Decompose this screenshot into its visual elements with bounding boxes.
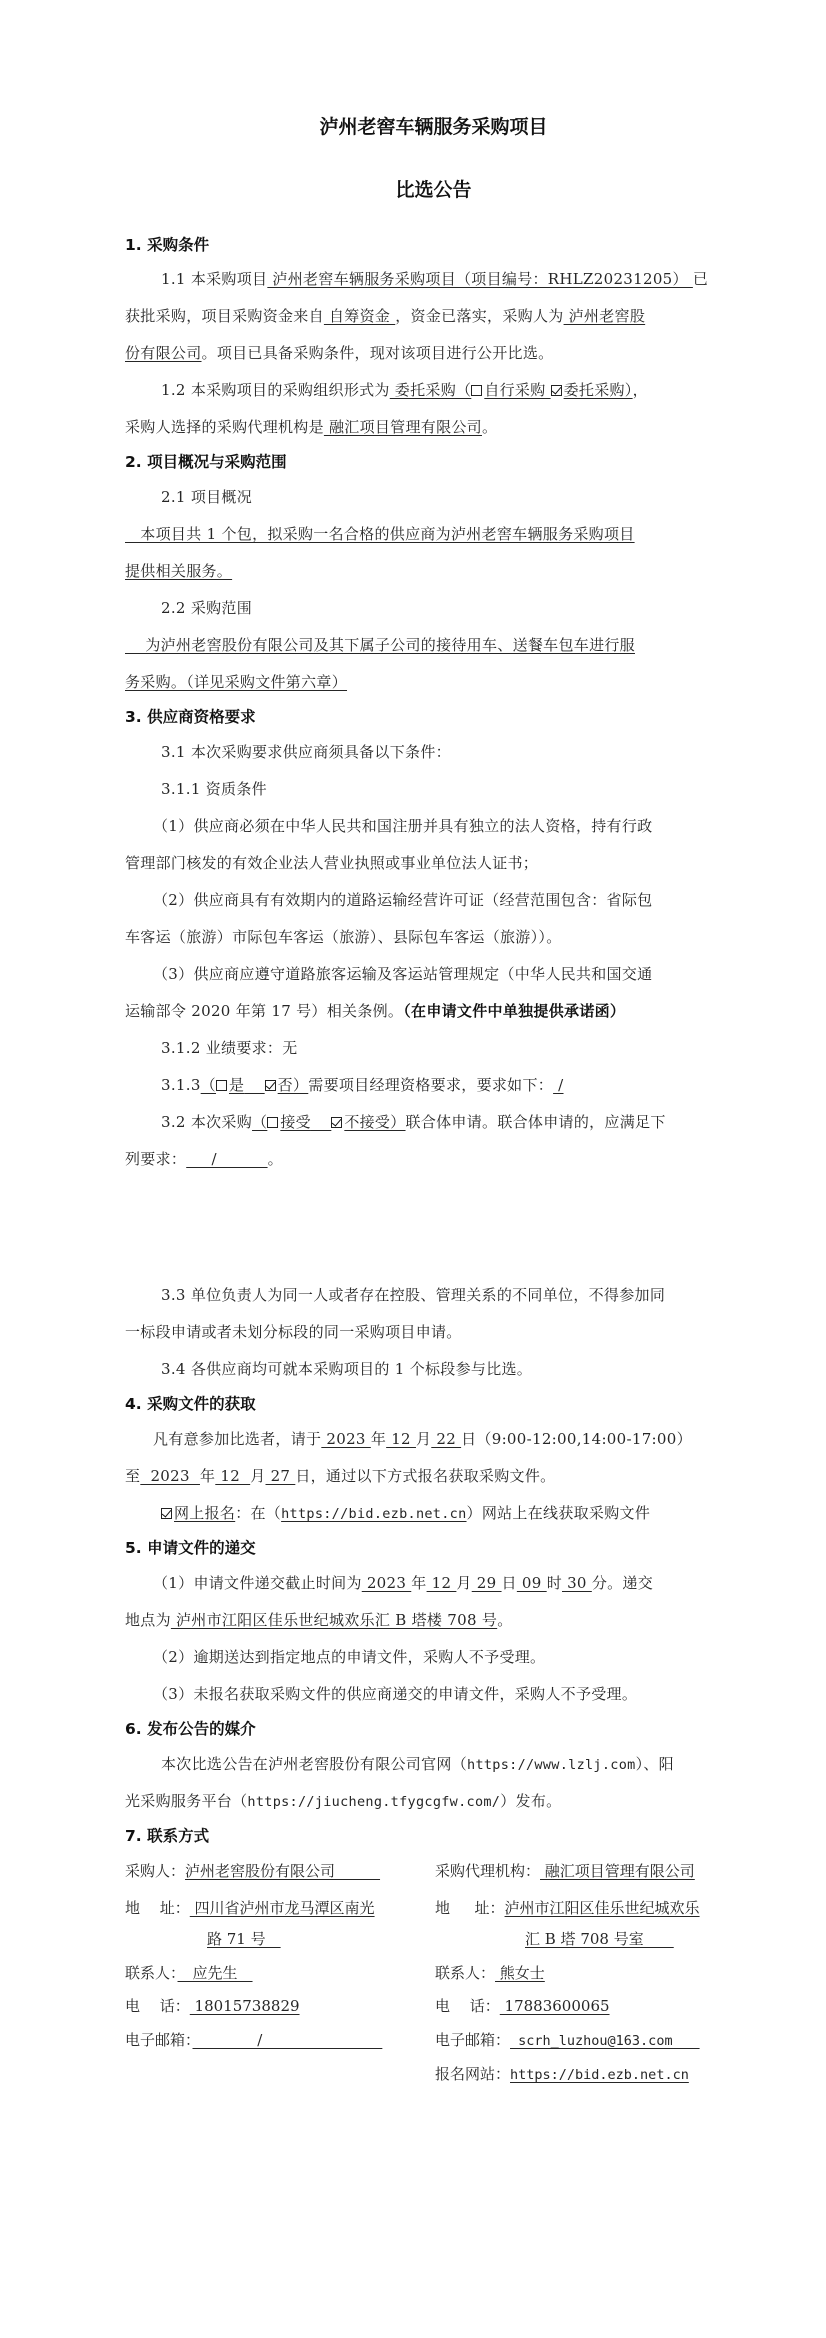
deadline-minute: 30 <box>562 1574 592 1592</box>
clause-3-4: 3.4 各供应商均可就本采购项目的 1 个标段参与比选。 <box>125 1359 742 1379</box>
text: 提供相关服务。 <box>125 562 232 580</box>
text: 日 <box>502 1574 517 1592</box>
section-1-heading: 1. 采购条件 <box>125 233 209 255</box>
text: ， <box>633 381 648 399</box>
lzlj-website-link[interactable]: https://www.lzlj.com <box>467 1757 636 1773</box>
label: 电子邮箱： <box>435 2031 510 2049</box>
clause-3-1: 3.1 本次采购要求供应商须具备以下条件： <box>125 742 742 762</box>
checkbox-accept <box>267 1117 278 1128</box>
text: 地点为 <box>125 1611 171 1629</box>
agency-address-row: 地 址：泸州市江阳区佳乐世纪城欢乐 <box>435 1898 700 1918</box>
text: 本次比选公告在泸州老窖股份有限公司官网（ <box>161 1755 467 1773</box>
pm-requirement-value: / <box>553 1076 563 1094</box>
deadline-year: 2023 <box>362 1574 412 1592</box>
agency-email[interactable]: scrh_luzhou@163.com <box>510 2033 700 2049</box>
clause-2-1-text-line-2: 提供相关服务。 <box>125 561 742 581</box>
text: 为泸州老窖股份有限公司及其下属子公司的接待用车、送餐车包车进行服 <box>125 636 635 654</box>
text: 分。递交 <box>592 1574 653 1592</box>
text: 不接受） <box>344 1113 405 1131</box>
pm-requirement-options: （是 否） <box>201 1076 309 1094</box>
label: 报名网站： <box>435 2065 510 2083</box>
qualification-2-line-2: 车客运（旅游）市际包车客运（旅游）、县际包车客运（旅游））。 <box>125 927 742 947</box>
buyer-address-cont: 路 71 号 <box>207 1930 281 1948</box>
section-3-heading: 3. 供应商资格要求 <box>125 705 256 727</box>
label: 采购人： <box>125 1862 185 1880</box>
clause-3-1-2: 3.1.2 业绩要求：无 <box>125 1038 742 1058</box>
buyer-name: 泸州老窖股份有限公司 <box>185 1862 380 1880</box>
text: 采购人选择的采购代理机构是 <box>125 418 324 436</box>
buyer-phone: 18015738829 <box>190 1997 300 2015</box>
clause-3-3-line-2: 一标段申请或者未划分标段的同一采购项目申请。 <box>125 1322 742 1342</box>
text: 接受 <box>280 1113 311 1131</box>
checkbox-yes <box>216 1080 227 1091</box>
buyer-email: / <box>193 2031 383 2049</box>
agency-phone-row: 电 话： 17883600065 <box>435 1996 610 2016</box>
text: 日，通过以下方式报名获取采购文件。 <box>295 1467 555 1485</box>
text: 列要求： <box>125 1150 186 1168</box>
text: 3.1.3 <box>161 1076 201 1094</box>
clause-1-1-line-2: 获批采购，项目采购资金来自 自筹资金 ，资金已落实，采购人为 泸州老窖股 <box>125 306 742 326</box>
clause-3-2-line-1: 3.2 本次采购（接受 不接受）联合体申请。联合体申请的，应满足下 <box>125 1112 742 1132</box>
buyer-address: 四川省泸州市龙马潭区南光 <box>190 1899 375 1917</box>
text: 年 <box>411 1574 426 1592</box>
text: ）网站上在线获取采购文件 <box>467 1504 651 1522</box>
agency-name: 融汇项目管理有限公司 <box>540 1862 695 1880</box>
clause-2-2-text-line-1: 为泸州老窖股份有限公司及其下属子公司的接待用车、送餐车包车进行服 <box>125 635 742 655</box>
buyer-contact-row: 联系人： 应先生 <box>125 1963 253 1983</box>
acquisition-period-line-1: 凡有意参加比选者，请于 2023 年 12 月 22 日（9:00-12:00,… <box>125 1429 742 1449</box>
buyer-name-cont: 份有限公司 <box>125 344 202 362</box>
qualification-3-line-1: （3）供应商应遵守道路旅客运输及客运站管理规定（中华人民共和国交通 <box>125 964 742 984</box>
consortium-options: （接受 不接受） <box>252 1113 406 1131</box>
media-line-2: 光采购服务平台（https://jiucheng.tfygcgfw.com/）发… <box>125 1791 742 1812</box>
label: 地 址： <box>435 1899 505 1917</box>
label: 电 话： <box>125 1997 190 2015</box>
unregistered-note: （3）未报名获取采购文件的供应商递交的申请文件，采购人不予受理。 <box>125 1684 742 1704</box>
checkbox-reject <box>331 1117 342 1128</box>
section-5-heading: 5. 申请文件的递交 <box>125 1536 256 1558</box>
document-title: 泸州老窖车辆服务采购项目 <box>125 112 742 139</box>
end-year: 2023 <box>140 1467 200 1485</box>
start-day: 22 <box>431 1430 461 1448</box>
text: 1.2 本采购项目的采购组织形式为 <box>161 381 390 399</box>
text: 月 <box>416 1430 431 1448</box>
clause-1-2-line-1: 1.2 本采购项目的采购组织形式为 委托采购（自行采购 委托采购）， <box>125 380 742 400</box>
clause-1-1-line-1: 1.1 本采购项目 泸州老窖车辆服务采购项目（项目编号：RHLZ20231205… <box>125 269 742 289</box>
registration-link[interactable]: https://bid.ezb.net.cn <box>281 1506 466 1522</box>
label: 电 话： <box>435 1997 500 2015</box>
clause-3-1-3: 3.1.3（是 否）需要项目经理资格要求，要求如下： / <box>125 1075 742 1095</box>
text: 否） <box>278 1076 309 1094</box>
text: 3.2 本次采购 <box>161 1113 252 1131</box>
deadline-hour: 09 <box>517 1574 547 1592</box>
section-4-heading: 4. 采购文件的获取 <box>125 1392 256 1414</box>
text: 凡有意参加比选者，请于 <box>153 1430 321 1448</box>
label: 联系人： <box>435 1964 495 1982</box>
text: 需要项目经理资格要求，要求如下： <box>308 1076 553 1094</box>
text: （1）申请文件递交截止时间为 <box>153 1574 362 1592</box>
deadline-line-1: （1）申请文件递交截止时间为 2023 年 12 月 29 日 09 时 30 … <box>125 1573 742 1593</box>
text: 。 <box>268 1150 283 1168</box>
buyer-name-row: 采购人：泸州老窖股份有限公司 <box>125 1861 380 1881</box>
office-hours: （9:00-12:00,14:00-17:00） <box>476 1430 691 1448</box>
text: 时 <box>547 1574 562 1592</box>
clause-1-2-line-2: 采购人选择的采购代理机构是 融汇项目管理有限公司。 <box>125 417 742 437</box>
label: 地 址： <box>125 1899 190 1917</box>
clause-2-2: 2.2 采购范围 <box>125 598 742 618</box>
clause-1-1-line-3: 份有限公司。项目已具备采购条件，现对该项目进行公开比选。 <box>125 343 742 363</box>
label: 联系人： <box>125 1964 178 1982</box>
text: ：在（ <box>235 1504 281 1522</box>
text: 至 <box>125 1467 140 1485</box>
section-7-heading: 7. 联系方式 <box>125 1824 209 1846</box>
checkbox-online-registration <box>161 1508 172 1519</box>
text: 月 <box>456 1574 471 1592</box>
buyer-address-row-2: 路 71 号 <box>207 1929 281 1949</box>
label: 电子邮箱： <box>125 2031 193 2049</box>
procurement-form: 委托采购（自行采购 委托采购） <box>390 381 633 399</box>
clause-2-1: 2.1 项目概况 <box>125 487 742 507</box>
registration-site-link[interactable]: https://bid.ezb.net.cn <box>510 2067 689 2083</box>
label: 采购代理机构： <box>435 1862 540 1880</box>
deadline-day: 29 <box>472 1574 502 1592</box>
commitment-note: （在申请文件中单独提供承诺函） <box>403 1002 625 1020</box>
buyer-email-row: 电子邮箱： / <box>125 2030 382 2050</box>
agency-phone: 17883600065 <box>500 1997 610 2015</box>
agency-site-row: 报名网站：https://bid.ezb.net.cn <box>435 2064 689 2085</box>
text: ）、阳 <box>636 1755 674 1773</box>
text: 已 <box>693 270 708 288</box>
late-submission-note: （2）逾期送达到指定地点的申请文件，采购人不予受理。 <box>125 1647 742 1667</box>
section-6-heading: 6. 发布公告的媒介 <box>125 1717 256 1739</box>
qualification-1-line-2: 管理部门核发的有效企业法人营业执照或事业单位法人证书； <box>125 853 742 873</box>
fund-source: 自筹资金 <box>324 307 395 325</box>
agency-email-row: 电子邮箱： scrh_luzhou@163.com <box>435 2030 700 2051</box>
text: 网上报名 <box>174 1504 235 1522</box>
buyer-address-row: 地 址： 四川省泸州市龙马潭区南光 <box>125 1898 375 1918</box>
text: 年 <box>200 1467 215 1485</box>
start-month: 12 <box>386 1430 416 1448</box>
section-2-heading: 2. 项目概况与采购范围 <box>125 450 287 472</box>
text: 委托采购（ <box>390 381 472 399</box>
text: ，资金已落实，采购人为 <box>395 307 563 325</box>
qualification-1-line-1: （1）供应商必须在中华人民共和国注册并具有独立的法人资格，持有行政 <box>125 816 742 836</box>
agency-contact-row: 联系人： 熊女士 <box>435 1963 545 1983</box>
text: 委托采购） <box>564 381 633 399</box>
text: 年 <box>371 1430 386 1448</box>
document-subtitle: 比选公告 <box>125 175 742 202</box>
sunshine-platform-link[interactable]: https://jiucheng.tfygcgfw.com/ <box>247 1794 500 1810</box>
text: 本项目共 1 个包，拟采购一名合格的供应商为泸州老窖车辆服务采购项目 <box>125 525 635 543</box>
qualification-3-line-2: 运输部令 2020 年第 17 号）相关条例。（在申请文件中单独提供承诺函） <box>125 1001 742 1021</box>
text: 。 <box>497 1611 512 1629</box>
text: 是 <box>229 1076 244 1094</box>
agency-name: 融汇项目管理有限公司 <box>324 418 482 436</box>
text: 光采购服务平台（ <box>125 1792 247 1810</box>
text: 1.1 本采购项目 <box>161 270 267 288</box>
start-year: 2023 <box>321 1430 371 1448</box>
text: 运输部令 2020 年第 17 号）相关条例。 <box>125 1002 403 1020</box>
text: 自行采购 <box>484 381 545 399</box>
checkbox-no <box>265 1080 276 1091</box>
submission-location: 泸州市江阳区佳乐世纪城欢乐汇 B 塔楼 708 号 <box>171 1611 497 1629</box>
consortium-requirement-value: / <box>186 1150 267 1168</box>
agency-address: 泸州市江阳区佳乐世纪城欢乐 <box>505 1899 700 1917</box>
qualification-2-line-1: （2）供应商具有有效期内的道路运输经营许可证（经营范围包含：省际包 <box>125 890 742 910</box>
clause-3-1-1: 3.1.1 资质条件 <box>125 779 742 799</box>
buyer-phone-row: 电 话： 18015738829 <box>125 1996 300 2016</box>
text: 。项目已具备采购条件，现对该项目进行公开比选。 <box>202 344 554 362</box>
clause-2-2-text-line-2: 务采购。（详见采购文件第六章） <box>125 672 742 692</box>
media-line-1: 本次比选公告在泸州老窖股份有限公司官网（https://www.lzlj.com… <box>125 1754 742 1775</box>
checkbox-self-procure <box>471 385 482 396</box>
deadline-line-2: 地点为 泸州市江阳区佳乐世纪城欢乐汇 B 塔楼 708 号。 <box>125 1610 742 1630</box>
project-name: 泸州老窖车辆服务采购项目（项目编号：RHLZ20231205） <box>267 270 693 288</box>
online-registration-label: 网上报名 <box>161 1504 235 1522</box>
checkbox-entrusted-procure <box>551 385 562 396</box>
buyer-name: 泸州老窖股 <box>564 307 646 325</box>
clause-2-1-text-line-1: 本项目共 1 个包，拟采购一名合格的供应商为泸州老窖车辆服务采购项目 <box>125 524 742 544</box>
agency-address-cont: 汇 B 塔 708 号室 <box>525 1930 674 1948</box>
text: 日 <box>461 1430 476 1448</box>
end-day: 27 <box>266 1467 296 1485</box>
agency-name-row: 采购代理机构： 融汇项目管理有限公司 <box>435 1861 695 1881</box>
text: 务采购。（详见采购文件第六章） <box>125 673 347 691</box>
end-month: 12 <box>215 1467 250 1485</box>
acquisition-period-line-2: 至 2023 年 12 月 27 日，通过以下方式报名获取采购文件。 <box>125 1466 742 1486</box>
text: ）发布。 <box>500 1792 561 1810</box>
agency-contact: 熊女士 <box>495 1964 545 1982</box>
text: 获批采购，项目采购资金来自 <box>125 307 324 325</box>
buyer-contact: 应先生 <box>178 1964 253 1982</box>
text: 联合体申请。联合体申请的，应满足下 <box>406 1113 666 1131</box>
online-registration: 网上报名：在（https://bid.ezb.net.cn）网站上在线获取采购文… <box>125 1503 742 1524</box>
deadline-month: 12 <box>427 1574 457 1592</box>
agency-address-row-2: 汇 B 塔 708 号室 <box>525 1929 674 1949</box>
clause-3-2-line-2: 列要求： / 。 <box>125 1149 742 1169</box>
text: 月 <box>250 1467 265 1485</box>
text: 。 <box>482 418 497 436</box>
clause-3-3-line-1: 3.3 单位负责人为同一人或者存在控股、管理关系的不同单位，不得参加同 <box>125 1285 742 1305</box>
